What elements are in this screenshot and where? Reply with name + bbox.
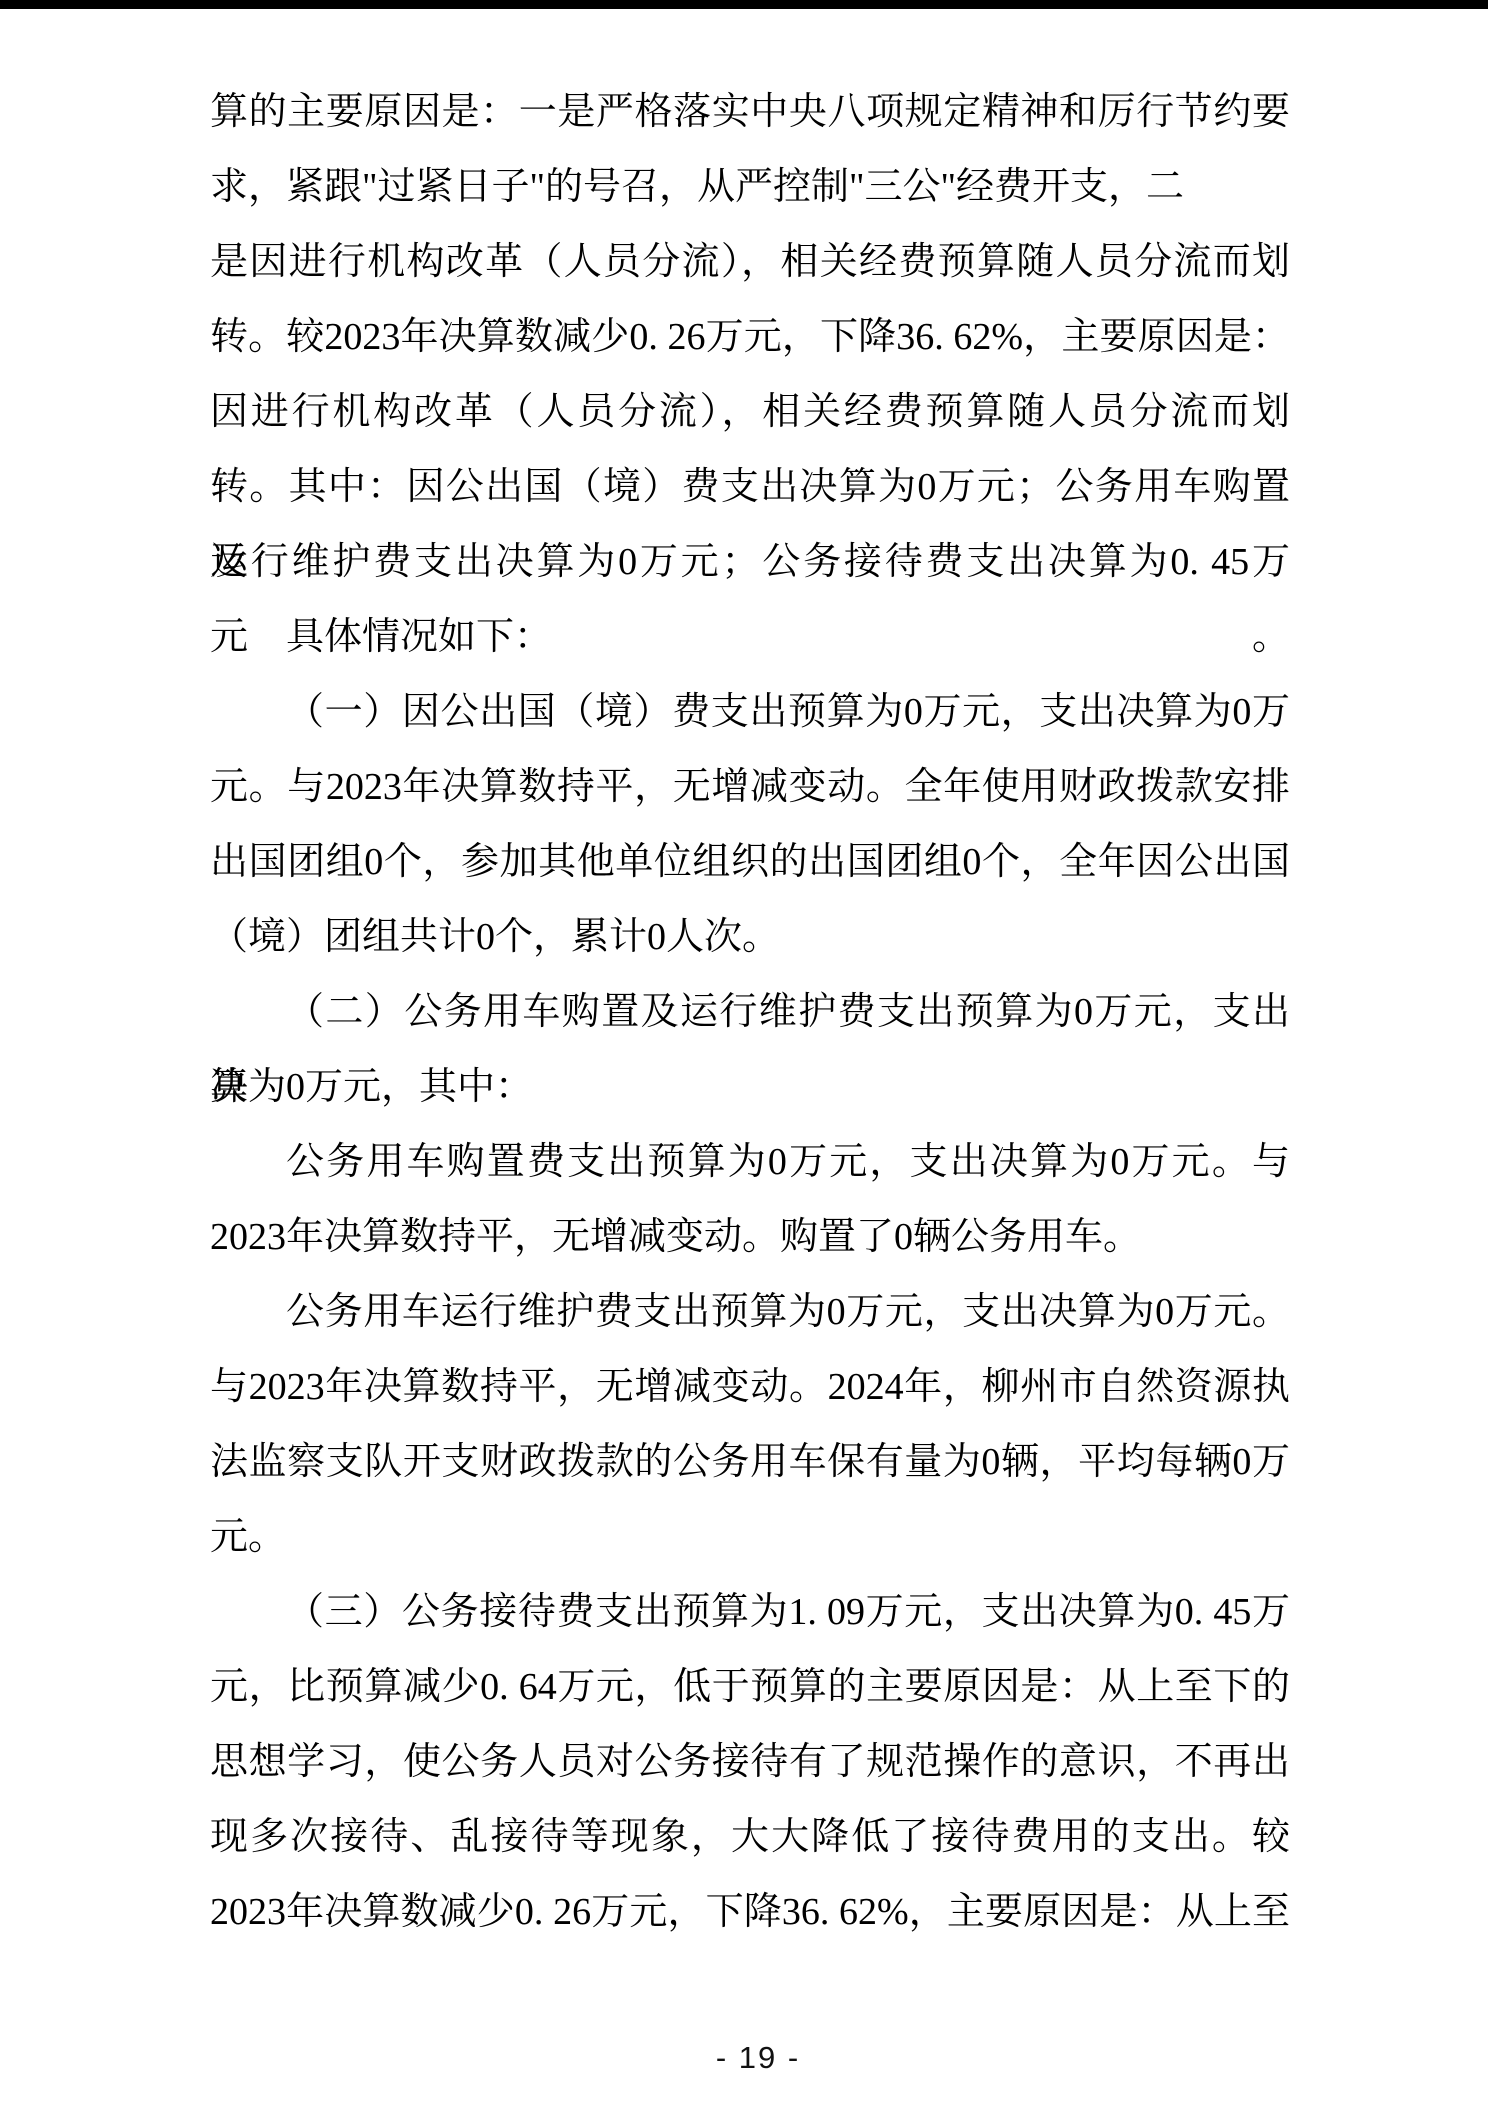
- text-line: 因进行机构改革（人员分流），相关经费预算随人员分流而划: [210, 375, 1290, 450]
- body-text: 算的主要原因是：一是严格落实中央八项规定精神和厉行节约要 求，紧跟"过紧日子"的…: [210, 75, 1290, 1950]
- text-line: 元。与2023年决算数持平，无增减变动。全年使用财政拨款安排: [210, 750, 1290, 825]
- text-line: 转。较2023年决算数减少0. 26万元，下降36. 62%，主要原因是：: [210, 300, 1290, 375]
- text-line: 是因进行机构改革（人员分流），相关经费预算随人员分流而划: [210, 225, 1290, 300]
- text-line: 转。其中：因公出国（境）费支出决算为0万元；公务用车购置及: [210, 450, 1290, 525]
- text-line: （一）因公出国（境）费支出预算为0万元，支出决算为0万: [210, 675, 1290, 750]
- text-line: 元。: [210, 1500, 1290, 1575]
- text-line: 法监察支队开支财政拨款的公务用车保有量为0辆，平均每辆0万: [210, 1425, 1290, 1500]
- text-line: （三）公务接待费支出预算为1. 09万元，支出决算为0. 45万: [210, 1575, 1290, 1650]
- text-line: 公务用车运行维护费支出预算为0万元，支出决算为0万元。: [210, 1275, 1290, 1350]
- text-line: （二）公务用车购置及运行维护费支出预算为0万元，支出决: [210, 975, 1290, 1050]
- text-line: 与2023年决算数持平，无增减变动。2024年，柳州市自然资源执: [210, 1350, 1290, 1425]
- text-line: （境）团组共计0个，累计0人次。: [210, 900, 1290, 975]
- text-line: 算为0万元，其中：: [210, 1050, 1290, 1125]
- text-line: 元，比预算减少0. 64万元，低于预算的主要原因是：从上至下的: [210, 1650, 1290, 1725]
- text-line: 2023年决算数减少0. 26万元，下降36. 62%，主要原因是：从上至: [210, 1875, 1290, 1950]
- text-line: 求，紧跟"过紧日子"的号召，从严控制"三公"经费开支，二: [210, 150, 1290, 225]
- scan-artifact-bar: [0, 0, 1488, 9]
- text-line: 思想学习，使公务人员对公务接待有了规范操作的意识，不再出: [210, 1725, 1290, 1800]
- page-number: - 19 -: [0, 2038, 1488, 2078]
- text-line: 运行维护费支出决算为0万元；公务接待费支出决算为0. 45万元。: [210, 525, 1290, 600]
- text-line: 现多次接待、乱接待等现象，大大降低了接待费用的支出。较: [210, 1800, 1290, 1875]
- text-line: 算的主要原因是：一是严格落实中央八项规定精神和厉行节约要: [210, 75, 1290, 150]
- text-line: 2023年决算数持平，无增减变动。购置了0辆公务用车。: [210, 1200, 1290, 1275]
- document-page: 算的主要原因是：一是严格落实中央八项规定精神和厉行节约要 求，紧跟"过紧日子"的…: [0, 0, 1488, 2104]
- text-line: 公务用车购置费支出预算为0万元，支出决算为0万元。与: [210, 1125, 1290, 1200]
- text-line: 出国团组0个，参加其他单位组织的出国团组0个，全年因公出国: [210, 825, 1290, 900]
